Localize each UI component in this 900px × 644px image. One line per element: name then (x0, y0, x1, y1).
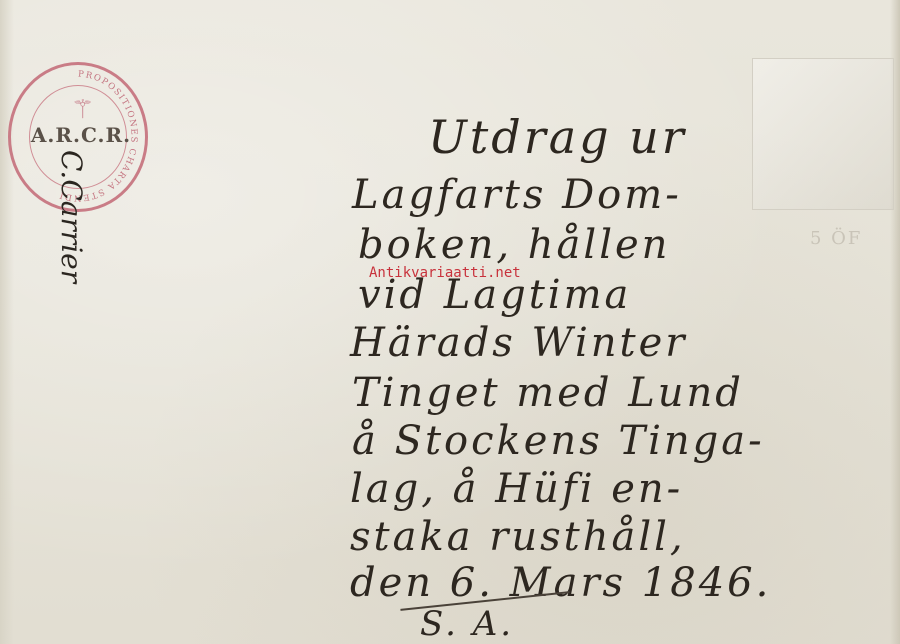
script-line-5: Härads Winter (350, 320, 687, 366)
caduceus-emblem-icon: ⚚ (71, 95, 94, 125)
side-signature: C.Carrier (55, 150, 88, 283)
script-line-11: S. A. (420, 604, 514, 644)
script-line-2: Lagfarts Dom- (352, 172, 682, 218)
manuscript-page: PROPOSITIONES CHARTA STENDI ⚚ A.R.C.R. C… (0, 0, 900, 644)
script-line-9: staka rusthåll, (350, 514, 686, 560)
script-line-10: den 6. Mars 1846. (350, 560, 771, 606)
script-line-6: Tinget med Lund (352, 370, 744, 416)
script-line-1: Utdrag ur (428, 110, 687, 164)
watermark-text: Antikvariaatti.net (369, 265, 521, 281)
stamp-value: 5 ÖF (810, 228, 862, 249)
seal-center-text: A.R.C.R. (19, 123, 143, 147)
script-line-7: å Stockens Tinga- (352, 418, 765, 464)
script-line-8: lag, å Hüfi en- (350, 466, 683, 512)
script-line-3: boken, hållen (358, 222, 670, 268)
embossed-tax-stamp (752, 58, 894, 210)
